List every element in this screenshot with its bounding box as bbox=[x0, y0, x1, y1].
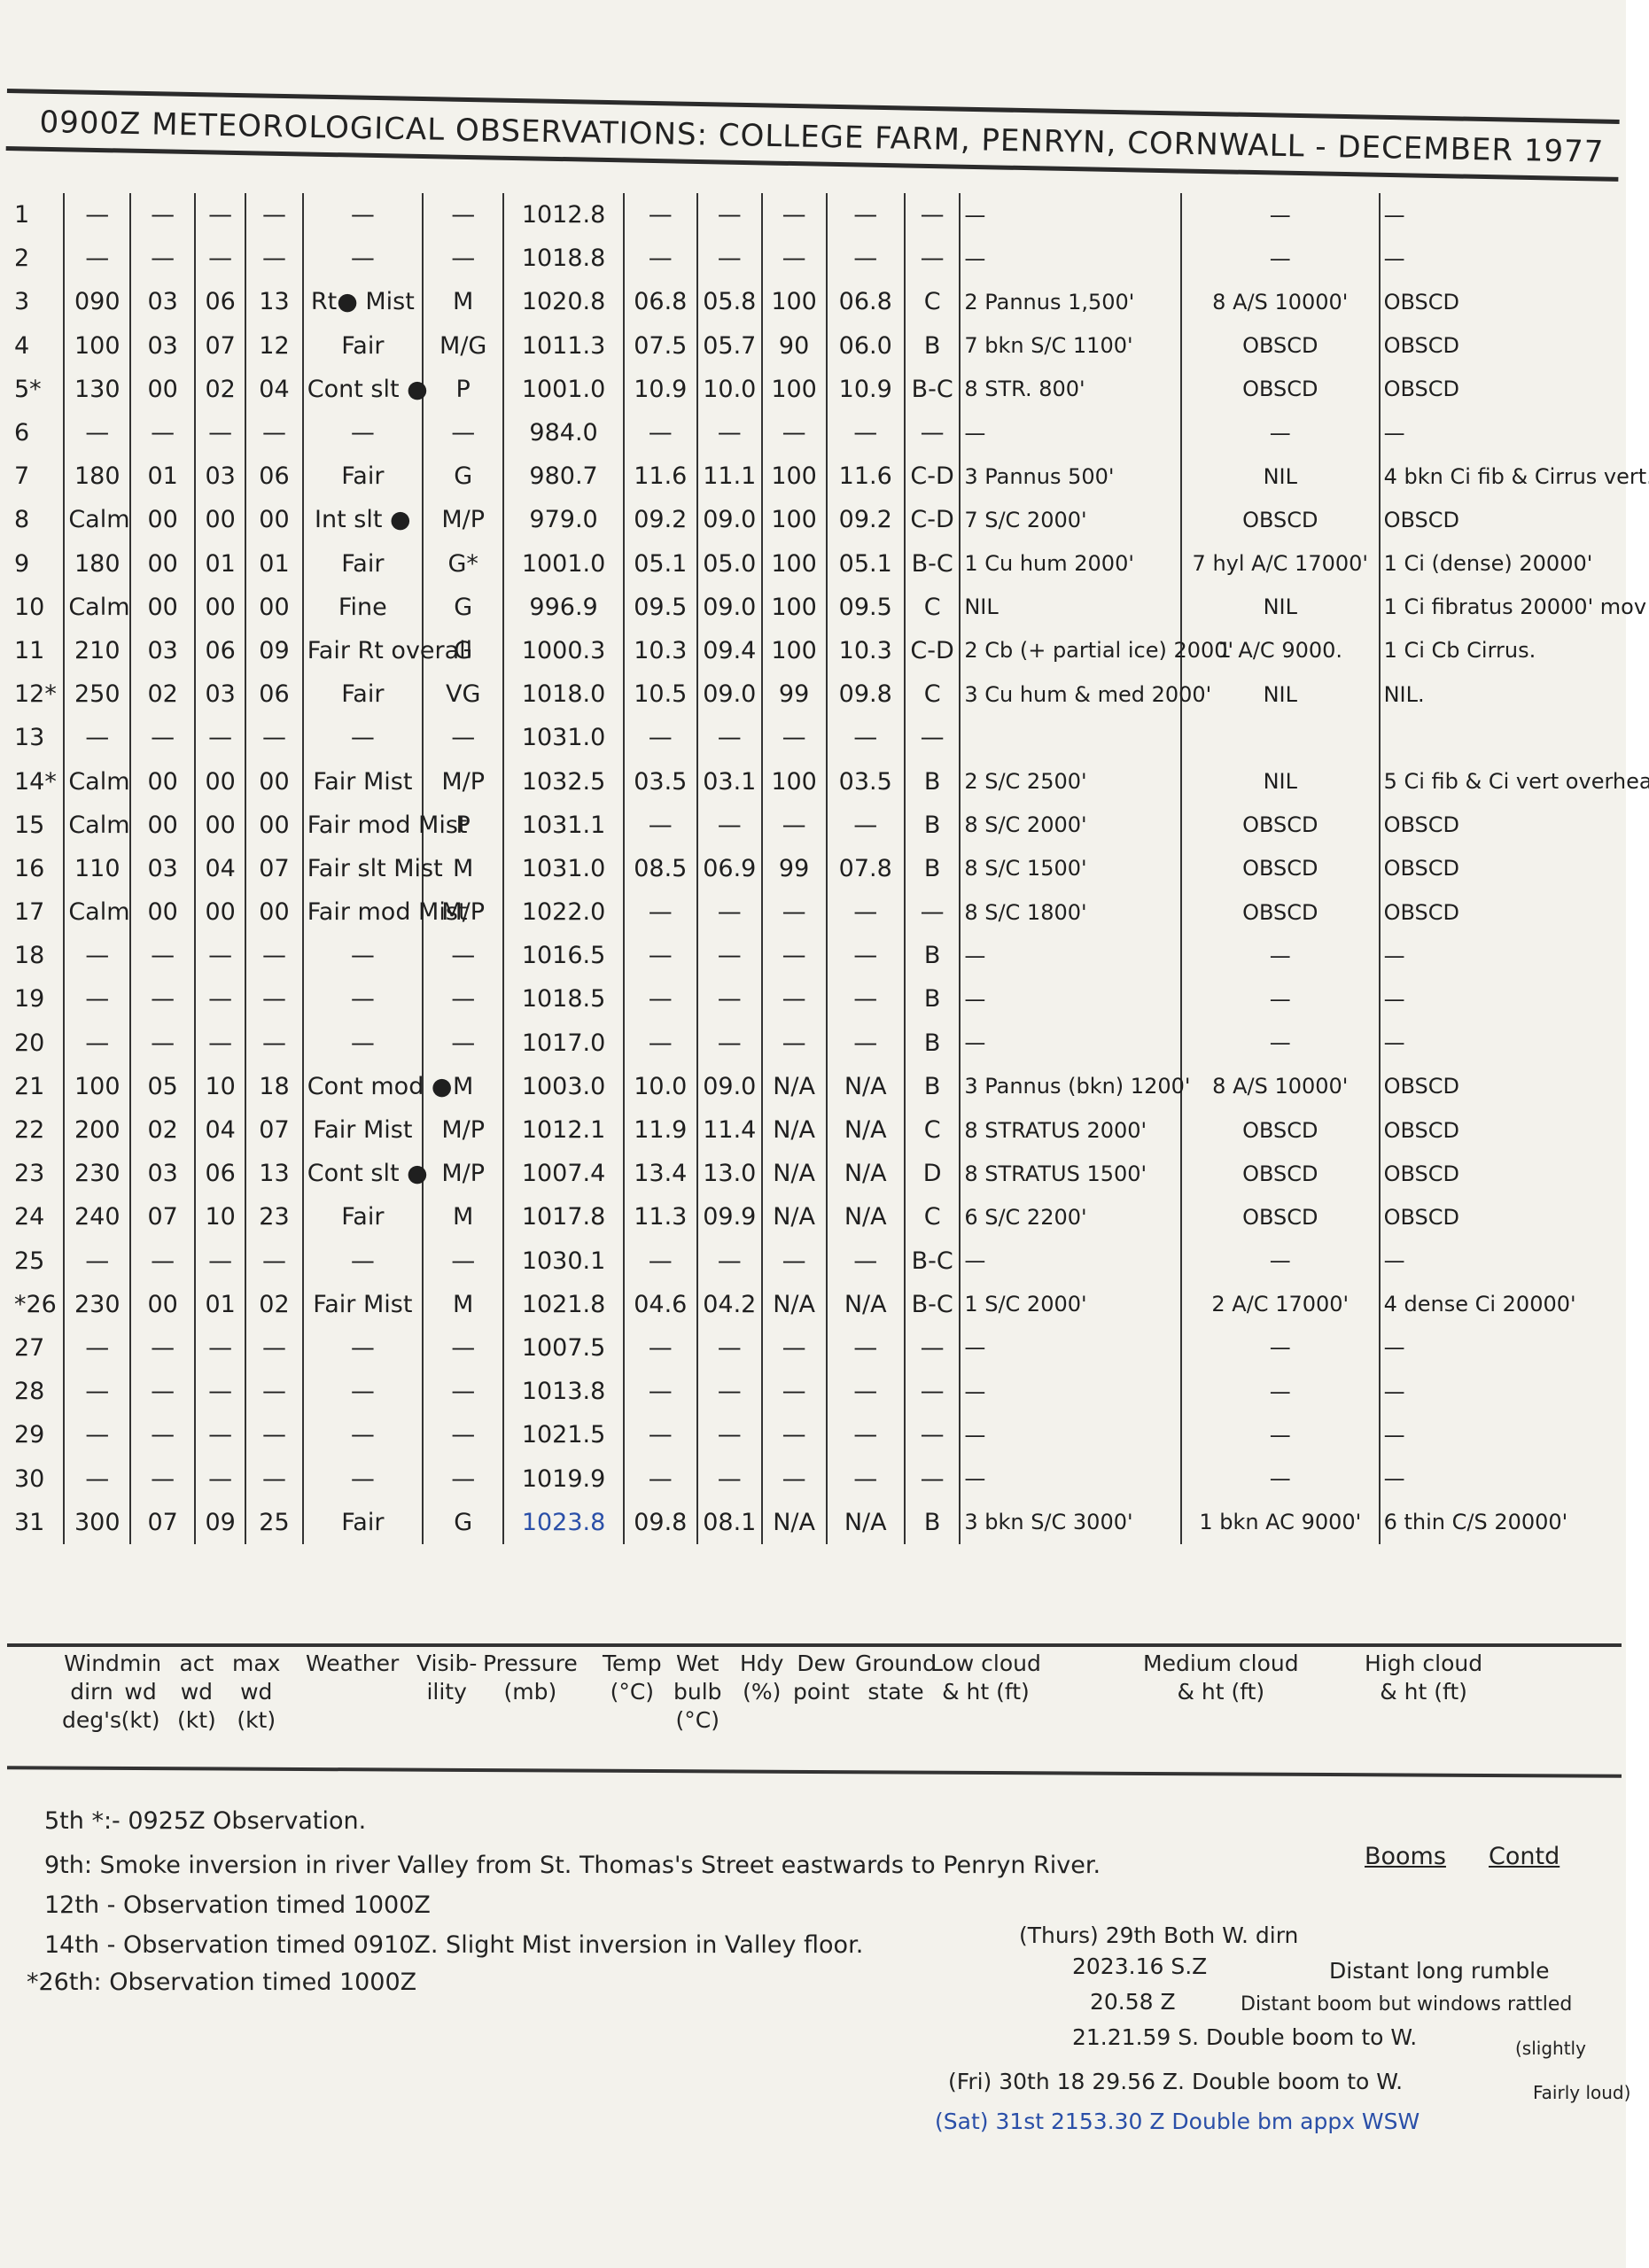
cell-dew-point: N/A bbox=[827, 1152, 905, 1195]
cell-weather: Fair Mist bbox=[303, 1283, 423, 1326]
cell-vis: M bbox=[423, 280, 504, 323]
table-row: 21100051018Cont mod ●M1003.010.009.0N/AN… bbox=[11, 1065, 1616, 1108]
table-row: 7180010306FairG980.711.611.110011.6C-D3 … bbox=[11, 454, 1616, 498]
cell-wind-dir: — bbox=[64, 237, 130, 280]
cell-wet-bulb: 03.1 bbox=[697, 759, 762, 803]
cell-weather: — bbox=[303, 1456, 423, 1500]
table-row: 23230030613Cont slt ●M/P1007.413.413.0N/… bbox=[11, 1152, 1616, 1195]
boom-1-time: 2023.16 S.Z bbox=[1072, 1953, 1207, 1979]
cell-med-cloud: OBSCD bbox=[1181, 847, 1380, 890]
cell-high-cloud: OBSCD bbox=[1380, 324, 1616, 368]
cell-med-cloud: OBSCD bbox=[1181, 1195, 1380, 1239]
cell-act-wd: 01 bbox=[195, 1283, 245, 1326]
fairly-loud-note: Fairly loud) bbox=[1533, 2082, 1630, 2103]
cell-med-cloud: NIL bbox=[1181, 759, 1380, 803]
cell-wind-dir: 180 bbox=[64, 454, 130, 498]
cell-ground: B-C bbox=[905, 368, 960, 411]
cell-max-wd: 04 bbox=[245, 368, 302, 411]
cell-pressure: 1017.8 bbox=[503, 1195, 623, 1239]
cell-weather: Fair bbox=[303, 542, 423, 586]
cell-hdy: — bbox=[762, 977, 827, 1021]
cell-act-wd: — bbox=[195, 977, 245, 1021]
cell-wet-bulb: 11.1 bbox=[697, 454, 762, 498]
cell-min-wd: 00 bbox=[130, 890, 195, 934]
cell-hdy: — bbox=[762, 1021, 827, 1065]
cell-high-cloud: OBSCD bbox=[1380, 890, 1616, 934]
cell-wet-bulb: 11.4 bbox=[697, 1108, 762, 1152]
cell-vis: — bbox=[423, 193, 504, 237]
note-9th: 9th: Smoke inversion in river Valley fro… bbox=[44, 1852, 1101, 1879]
cell-dew-point: 11.6 bbox=[827, 454, 905, 498]
cell-weather: — bbox=[303, 1326, 423, 1370]
cell-act-wd: 00 bbox=[195, 759, 245, 803]
cell-act-wd: 07 bbox=[195, 324, 245, 368]
cell-ground: C bbox=[905, 280, 960, 323]
cell-weather: Fair slt Mist bbox=[303, 847, 423, 890]
cell-wet-bulb: — bbox=[697, 1413, 762, 1456]
table-row: 29——————1021.5———————— bbox=[11, 1413, 1616, 1456]
cell-act-wd: 10 bbox=[195, 1195, 245, 1239]
cell-hdy: — bbox=[762, 1370, 827, 1413]
cell-high-cloud: 4 dense Ci 20000' bbox=[1380, 1283, 1616, 1326]
cell-ground: C-D bbox=[905, 498, 960, 541]
cell-ground: B bbox=[905, 324, 960, 368]
cell-dew-point: N/A bbox=[827, 1065, 905, 1108]
cell-ground: C bbox=[905, 586, 960, 629]
cell-med-cloud: 8 A/S 10000' bbox=[1181, 280, 1380, 323]
cell-dew-point: — bbox=[827, 411, 905, 454]
cell-weather: Cont slt ● bbox=[303, 1152, 423, 1195]
cell-temp: — bbox=[624, 1239, 697, 1283]
table-row: 5*130000204Cont slt ●P1001.010.910.01001… bbox=[11, 368, 1616, 411]
cell-day: 21 bbox=[11, 1065, 64, 1108]
table-row: *26230000102Fair MistM1021.804.604.2N/AN… bbox=[11, 1283, 1616, 1326]
cell-hdy: 100 bbox=[762, 542, 827, 586]
cell-vis: G bbox=[423, 586, 504, 629]
cell-low-cloud: 2 S/C 2500' bbox=[960, 759, 1181, 803]
cell-low-cloud: 2 Pannus 1,500' bbox=[960, 280, 1181, 323]
cell-act-wd: 10 bbox=[195, 1065, 245, 1108]
booms-label: Booms bbox=[1365, 1843, 1446, 1870]
cell-wind-dir: — bbox=[64, 977, 130, 1021]
boom-thurs-header: (Thurs) 29th Both W. dirn bbox=[1019, 1922, 1298, 1948]
cell-wet-bulb: — bbox=[697, 977, 762, 1021]
cell-ground: B-C bbox=[905, 542, 960, 586]
cell-high-cloud: 1 Ci Cb Cirrus. bbox=[1380, 629, 1616, 672]
cell-weather: Fair bbox=[303, 1501, 423, 1544]
cell-max-wd: — bbox=[245, 237, 302, 280]
cell-temp: 11.3 bbox=[624, 1195, 697, 1239]
cell-pressure: 1018.8 bbox=[503, 237, 623, 280]
page-edge bbox=[1626, 0, 1649, 2268]
cell-day: 9 bbox=[11, 542, 64, 586]
cell-dew-point: — bbox=[827, 1021, 905, 1065]
table-row: 28——————1013.8———————— bbox=[11, 1370, 1616, 1413]
cell-vis: P bbox=[423, 368, 504, 411]
cell-act-wd: 04 bbox=[195, 847, 245, 890]
cell-max-wd: — bbox=[245, 1326, 302, 1370]
cell-act-wd: — bbox=[195, 1413, 245, 1456]
contd-label: Contd bbox=[1489, 1843, 1560, 1870]
cell-max-wd: 13 bbox=[245, 1152, 302, 1195]
cell-weather: Fair bbox=[303, 1195, 423, 1239]
cell-min-wd: — bbox=[130, 411, 195, 454]
cell-wet-bulb: — bbox=[697, 237, 762, 280]
cell-ground: B bbox=[905, 977, 960, 1021]
cell-max-wd: — bbox=[245, 1413, 302, 1456]
cell-max-wd: 07 bbox=[245, 847, 302, 890]
cell-hdy: 99 bbox=[762, 847, 827, 890]
cell-temp: 09.2 bbox=[624, 498, 697, 541]
cell-min-wd: 00 bbox=[130, 498, 195, 541]
cell-min-wd: 00 bbox=[130, 586, 195, 629]
cell-vis: G* bbox=[423, 542, 504, 586]
cell-wind-dir: 100 bbox=[64, 324, 130, 368]
cell-act-wd: — bbox=[195, 1021, 245, 1065]
boom-sat: (Sat) 31st 2153.30 Z Double bm appx WSW bbox=[935, 2109, 1420, 2134]
table-row: 14*Calm000000Fair MistM/P1032.503.503.11… bbox=[11, 759, 1616, 803]
cell-act-wd: 02 bbox=[195, 368, 245, 411]
cell-min-wd: — bbox=[130, 237, 195, 280]
cell-dew-point: — bbox=[827, 1239, 905, 1283]
cell-wind-dir: — bbox=[64, 1413, 130, 1456]
cell-max-wd: — bbox=[245, 193, 302, 237]
cell-wind-dir: — bbox=[64, 1021, 130, 1065]
cell-ground: B bbox=[905, 1501, 960, 1544]
cell-med-cloud: — bbox=[1181, 977, 1380, 1021]
cell-vis: — bbox=[423, 716, 504, 759]
cell-act-wd: — bbox=[195, 1370, 245, 1413]
cell-med-cloud: OBSCD bbox=[1181, 368, 1380, 411]
cell-low-cloud: — bbox=[960, 193, 1181, 237]
cell-hdy: — bbox=[762, 890, 827, 934]
cell-max-wd: — bbox=[245, 716, 302, 759]
cell-weather: — bbox=[303, 716, 423, 759]
cell-med-cloud: 7 hyl A/C 17000' bbox=[1181, 542, 1380, 586]
cell-dew-point: — bbox=[827, 1413, 905, 1456]
cell-hdy: N/A bbox=[762, 1108, 827, 1152]
cell-high-cloud: — bbox=[1380, 977, 1616, 1021]
cell-hdy: — bbox=[762, 934, 827, 977]
cell-wet-bulb: — bbox=[697, 804, 762, 847]
cell-max-wd: — bbox=[245, 1456, 302, 1500]
cell-low-cloud bbox=[960, 716, 1181, 759]
cell-high-cloud: OBSCD bbox=[1380, 804, 1616, 847]
cell-temp: — bbox=[624, 411, 697, 454]
cell-ground: B bbox=[905, 1021, 960, 1065]
cell-high-cloud: OBSCD bbox=[1380, 280, 1616, 323]
cell-hdy: — bbox=[762, 411, 827, 454]
cell-pressure: 1031.0 bbox=[503, 716, 623, 759]
cell-low-cloud: 8 STRATUS 2000' bbox=[960, 1108, 1181, 1152]
cell-weather: Fair bbox=[303, 324, 423, 368]
cell-weather: Fair Mist bbox=[303, 759, 423, 803]
cell-min-wd: 05 bbox=[130, 1065, 195, 1108]
cell-high-cloud: OBSCD bbox=[1380, 847, 1616, 890]
cell-wet-bulb: 06.9 bbox=[697, 847, 762, 890]
cell-hdy: N/A bbox=[762, 1501, 827, 1544]
cell-wind-dir: — bbox=[64, 934, 130, 977]
cell-day: 30 bbox=[11, 1456, 64, 1500]
cell-hdy: 100 bbox=[762, 759, 827, 803]
cell-hdy: — bbox=[762, 1413, 827, 1456]
table-row: 2——————1018.8———————— bbox=[11, 237, 1616, 280]
cell-pressure: 1012.8 bbox=[503, 193, 623, 237]
cell-max-wd: 25 bbox=[245, 1501, 302, 1544]
cell-low-cloud: — bbox=[960, 1413, 1181, 1456]
cell-temp: 10.0 bbox=[624, 1065, 697, 1108]
cell-act-wd: 03 bbox=[195, 672, 245, 716]
cell-hdy: — bbox=[762, 193, 827, 237]
cell-ground: — bbox=[905, 716, 960, 759]
cell-high-cloud: 1 Ci fibratus 20000' mov W/E bbox=[1380, 586, 1616, 629]
cell-weather: Fair Mist bbox=[303, 1108, 423, 1152]
cell-wind-dir: — bbox=[64, 1239, 130, 1283]
cell-med-cloud: OBSCD bbox=[1181, 1152, 1380, 1195]
cell-max-wd: — bbox=[245, 1239, 302, 1283]
cell-max-wd: — bbox=[245, 1370, 302, 1413]
cell-low-cloud: — bbox=[960, 411, 1181, 454]
cell-hdy: — bbox=[762, 716, 827, 759]
cell-low-cloud: 3 Pannus (bkn) 1200' bbox=[960, 1065, 1181, 1108]
cell-high-cloud: 1 Ci (dense) 20000' bbox=[1380, 542, 1616, 586]
cell-wind-dir: 250 bbox=[64, 672, 130, 716]
cell-weather: — bbox=[303, 1370, 423, 1413]
cell-ground: — bbox=[905, 1370, 960, 1413]
cell-hdy: N/A bbox=[762, 1283, 827, 1326]
cell-med-cloud: OBSCD bbox=[1181, 890, 1380, 934]
cell-wet-bulb: 09.4 bbox=[697, 629, 762, 672]
cell-min-wd: — bbox=[130, 716, 195, 759]
cell-day: 12* bbox=[11, 672, 64, 716]
cell-pressure: 996.9 bbox=[503, 586, 623, 629]
note-26th: *26th: Observation timed 1000Z bbox=[27, 1969, 416, 1996]
cell-act-wd: — bbox=[195, 1326, 245, 1370]
legend-low-cloud: Low cloud & ht (ft) bbox=[930, 1650, 1041, 1706]
cell-ground: — bbox=[905, 1456, 960, 1500]
legend-med-cloud: Medium cloud & ht (ft) bbox=[1143, 1650, 1299, 1706]
cell-med-cloud: — bbox=[1181, 1239, 1380, 1283]
cell-pressure: 1000.3 bbox=[503, 629, 623, 672]
cell-low-cloud: 2 Cb (+ partial ice) 2000' bbox=[960, 629, 1181, 672]
cell-wet-bulb: — bbox=[697, 411, 762, 454]
cell-temp: 06.8 bbox=[624, 280, 697, 323]
boom-1-desc: Distant long rumble bbox=[1329, 1958, 1550, 1984]
cell-dew-point: N/A bbox=[827, 1501, 905, 1544]
cell-dew-point: 06.0 bbox=[827, 324, 905, 368]
cell-temp: — bbox=[624, 1370, 697, 1413]
cell-ground: — bbox=[905, 890, 960, 934]
cell-wind-dir: 090 bbox=[64, 280, 130, 323]
cell-day: 1 bbox=[11, 193, 64, 237]
legend-hdy: Hdy (%) bbox=[740, 1650, 783, 1706]
cell-pressure: 1031.0 bbox=[503, 847, 623, 890]
cell-day: 5* bbox=[11, 368, 64, 411]
cell-high-cloud: 6 thin C/S 20000' bbox=[1380, 1501, 1616, 1544]
cell-weather: Fair mod Mist bbox=[303, 804, 423, 847]
cell-weather: — bbox=[303, 934, 423, 977]
cell-weather: Int slt ● bbox=[303, 498, 423, 541]
cell-pressure: 980.7 bbox=[503, 454, 623, 498]
cell-vis: — bbox=[423, 1239, 504, 1283]
table-row: 8Calm000000Int slt ●M/P979.009.209.01000… bbox=[11, 498, 1616, 541]
cell-max-wd: — bbox=[245, 977, 302, 1021]
cell-dew-point: — bbox=[827, 237, 905, 280]
cell-day: 13 bbox=[11, 716, 64, 759]
cell-low-cloud: 8 STR. 800' bbox=[960, 368, 1181, 411]
cell-low-cloud: 7 bkn S/C 1100' bbox=[960, 324, 1181, 368]
table-row: 16110030407Fair slt MistM1031.008.506.99… bbox=[11, 847, 1616, 890]
cell-low-cloud: 7 S/C 2000' bbox=[960, 498, 1181, 541]
cell-high-cloud: — bbox=[1380, 193, 1616, 237]
cell-act-wd: 06 bbox=[195, 629, 245, 672]
cell-wet-bulb: 09.9 bbox=[697, 1195, 762, 1239]
cell-weather: Cont slt ● bbox=[303, 368, 423, 411]
cell-min-wd: — bbox=[130, 1326, 195, 1370]
table-row: 22200020407Fair MistM/P1012.111.911.4N/A… bbox=[11, 1108, 1616, 1152]
cell-act-wd: 06 bbox=[195, 1152, 245, 1195]
cell-vis: — bbox=[423, 1413, 504, 1456]
cell-act-wd: — bbox=[195, 193, 245, 237]
cell-min-wd: — bbox=[130, 1370, 195, 1413]
cell-vis: M/P bbox=[423, 1152, 504, 1195]
table-row: 13——————1031.0————— bbox=[11, 716, 1616, 759]
cell-hdy: — bbox=[762, 1456, 827, 1500]
table-row: 30——————1019.9———————— bbox=[11, 1456, 1616, 1500]
cell-hdy: N/A bbox=[762, 1152, 827, 1195]
cell-max-wd: — bbox=[245, 934, 302, 977]
cell-wet-bulb: 05.8 bbox=[697, 280, 762, 323]
cell-low-cloud: 3 bkn S/C 3000' bbox=[960, 1501, 1181, 1544]
cell-low-cloud: — bbox=[960, 237, 1181, 280]
cell-pressure: 1022.0 bbox=[503, 890, 623, 934]
cell-min-wd: — bbox=[130, 193, 195, 237]
legend-wind-dir: Wind dirn deg's bbox=[62, 1650, 121, 1735]
cell-temp: 11.9 bbox=[624, 1108, 697, 1152]
cell-med-cloud: — bbox=[1181, 934, 1380, 977]
cell-med-cloud: — bbox=[1181, 411, 1380, 454]
cell-dew-point: 07.8 bbox=[827, 847, 905, 890]
cell-temp: — bbox=[624, 1413, 697, 1456]
legend-dew-point: Dew point bbox=[793, 1650, 850, 1706]
cell-vis: — bbox=[423, 934, 504, 977]
cell-act-wd: — bbox=[195, 934, 245, 977]
cell-high-cloud bbox=[1380, 716, 1616, 759]
cell-low-cloud: — bbox=[960, 977, 1181, 1021]
cell-act-wd: 00 bbox=[195, 586, 245, 629]
cell-hdy: N/A bbox=[762, 1195, 827, 1239]
cell-temp: — bbox=[624, 1456, 697, 1500]
cell-wind-dir: Calm bbox=[64, 586, 130, 629]
table-row: 31300070925FairG1023.809.808.1N/AN/AB3 b… bbox=[11, 1501, 1616, 1544]
cell-pressure: 1013.8 bbox=[503, 1370, 623, 1413]
cell-wind-dir: — bbox=[64, 411, 130, 454]
cell-day: 14* bbox=[11, 759, 64, 803]
cell-vis: — bbox=[423, 1370, 504, 1413]
cell-day: 29 bbox=[11, 1413, 64, 1456]
cell-min-wd: 03 bbox=[130, 847, 195, 890]
observation-table: 1——————1012.8————————2——————1018.8——————… bbox=[11, 193, 1616, 1544]
cell-act-wd: — bbox=[195, 237, 245, 280]
cell-pressure: 979.0 bbox=[503, 498, 623, 541]
cell-min-wd: 00 bbox=[130, 759, 195, 803]
cell-min-wd: 00 bbox=[130, 1283, 195, 1326]
cell-ground: B bbox=[905, 804, 960, 847]
cell-dew-point: — bbox=[827, 890, 905, 934]
cell-pressure: 1021.5 bbox=[503, 1413, 623, 1456]
cell-vis: M/P bbox=[423, 1108, 504, 1152]
table-row: 4100030712FairM/G1011.307.505.79006.0B7 … bbox=[11, 324, 1616, 368]
cell-max-wd: — bbox=[245, 1021, 302, 1065]
cell-pressure: 1012.1 bbox=[503, 1108, 623, 1152]
cell-pressure: 1018.0 bbox=[503, 672, 623, 716]
cell-act-wd: 09 bbox=[195, 1501, 245, 1544]
cell-wet-bulb: 09.0 bbox=[697, 1065, 762, 1108]
cell-pressure: 1016.5 bbox=[503, 934, 623, 977]
cell-high-cloud: NIL. bbox=[1380, 672, 1616, 716]
cell-low-cloud: 1 S/C 2000' bbox=[960, 1283, 1181, 1326]
cell-dew-point: N/A bbox=[827, 1108, 905, 1152]
cell-pressure: 1003.0 bbox=[503, 1065, 623, 1108]
cell-wind-dir: Calm bbox=[64, 890, 130, 934]
cell-vis: M/P bbox=[423, 498, 504, 541]
cell-weather: — bbox=[303, 1239, 423, 1283]
cell-high-cloud: — bbox=[1380, 411, 1616, 454]
cell-dew-point: N/A bbox=[827, 1195, 905, 1239]
cell-min-wd: — bbox=[130, 1239, 195, 1283]
cell-wind-dir: 130 bbox=[64, 368, 130, 411]
cell-day: 7 bbox=[11, 454, 64, 498]
table-row: 17Calm000000Fair mod MistM/P1022.0—————8… bbox=[11, 890, 1616, 934]
cell-temp: — bbox=[624, 716, 697, 759]
table-row: 3090030613Rt● MistM1020.806.805.810006.8… bbox=[11, 280, 1616, 323]
cell-temp: 08.5 bbox=[624, 847, 697, 890]
cell-low-cloud: NIL bbox=[960, 586, 1181, 629]
cell-dew-point: 10.3 bbox=[827, 629, 905, 672]
boom-fri: (Fri) 30th 18 29.56 Z. Double boom to W. bbox=[948, 2069, 1403, 2094]
cell-med-cloud: — bbox=[1181, 1326, 1380, 1370]
cell-ground: B bbox=[905, 1065, 960, 1108]
cell-min-wd: 00 bbox=[130, 542, 195, 586]
cell-vis: G bbox=[423, 454, 504, 498]
cell-act-wd: — bbox=[195, 1239, 245, 1283]
cell-min-wd: — bbox=[130, 1456, 195, 1500]
legend-high-cloud: High cloud & ht (ft) bbox=[1365, 1650, 1482, 1706]
cell-weather: — bbox=[303, 237, 423, 280]
cell-hdy: 100 bbox=[762, 368, 827, 411]
cell-high-cloud: — bbox=[1380, 1239, 1616, 1283]
cell-weather: Fine bbox=[303, 586, 423, 629]
cell-min-wd: 02 bbox=[130, 672, 195, 716]
cell-dew-point: N/A bbox=[827, 1283, 905, 1326]
cell-act-wd: — bbox=[195, 716, 245, 759]
legend-max-wd: max wd (kt) bbox=[232, 1650, 280, 1735]
cell-ground: C bbox=[905, 672, 960, 716]
cell-low-cloud: 8 S/C 1500' bbox=[960, 847, 1181, 890]
cell-hdy: — bbox=[762, 1239, 827, 1283]
cell-day: 17 bbox=[11, 890, 64, 934]
cell-vis: VG bbox=[423, 672, 504, 716]
cell-day: 10 bbox=[11, 586, 64, 629]
cell-act-wd: 00 bbox=[195, 498, 245, 541]
cell-low-cloud: — bbox=[960, 1326, 1181, 1370]
table-bottom-rule bbox=[7, 1643, 1622, 1647]
cell-day: 15 bbox=[11, 804, 64, 847]
cell-low-cloud: — bbox=[960, 934, 1181, 977]
cell-act-wd: 00 bbox=[195, 804, 245, 847]
cell-max-wd: — bbox=[245, 411, 302, 454]
cell-dew-point: 05.1 bbox=[827, 542, 905, 586]
